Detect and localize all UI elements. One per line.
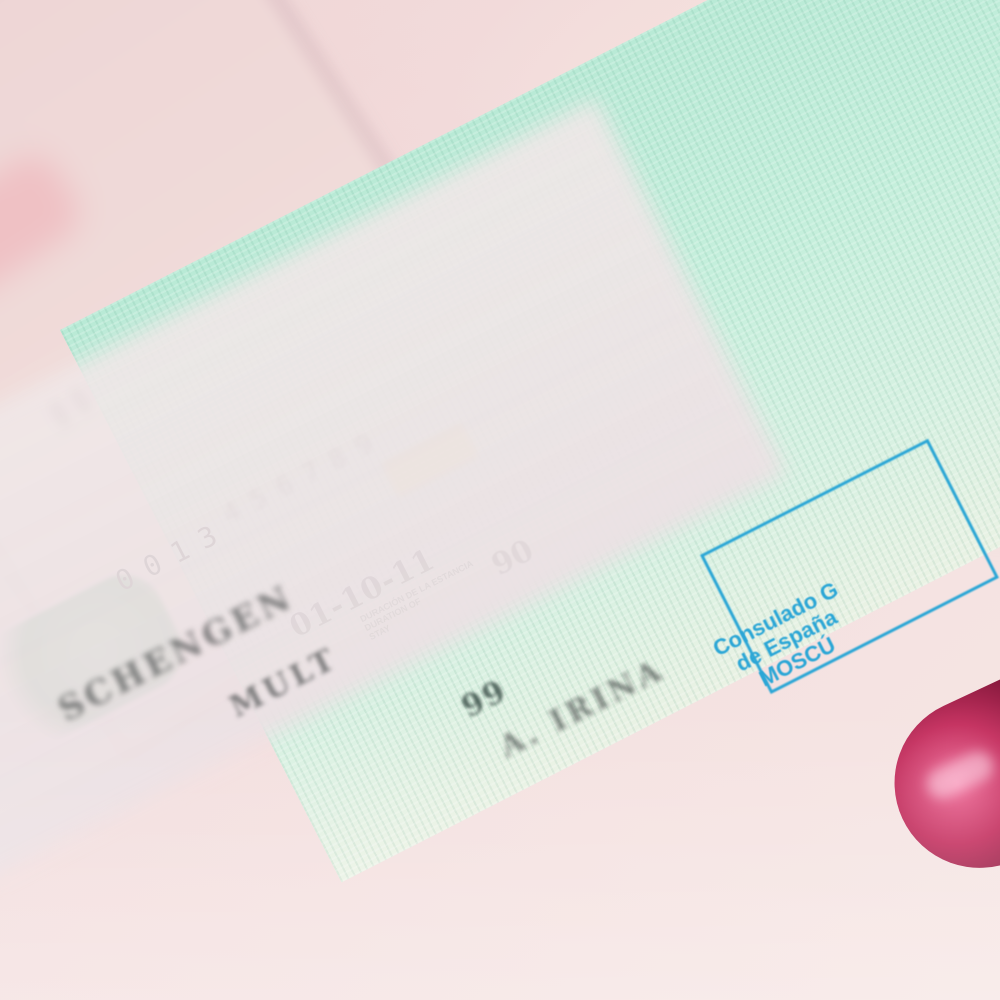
back-page-red-stamp: [0, 146, 90, 309]
passport-photo: ▮▮▮ ▮▮ 0013 456789 01-10-11 DURACIÓN DE …: [0, 0, 1000, 1000]
